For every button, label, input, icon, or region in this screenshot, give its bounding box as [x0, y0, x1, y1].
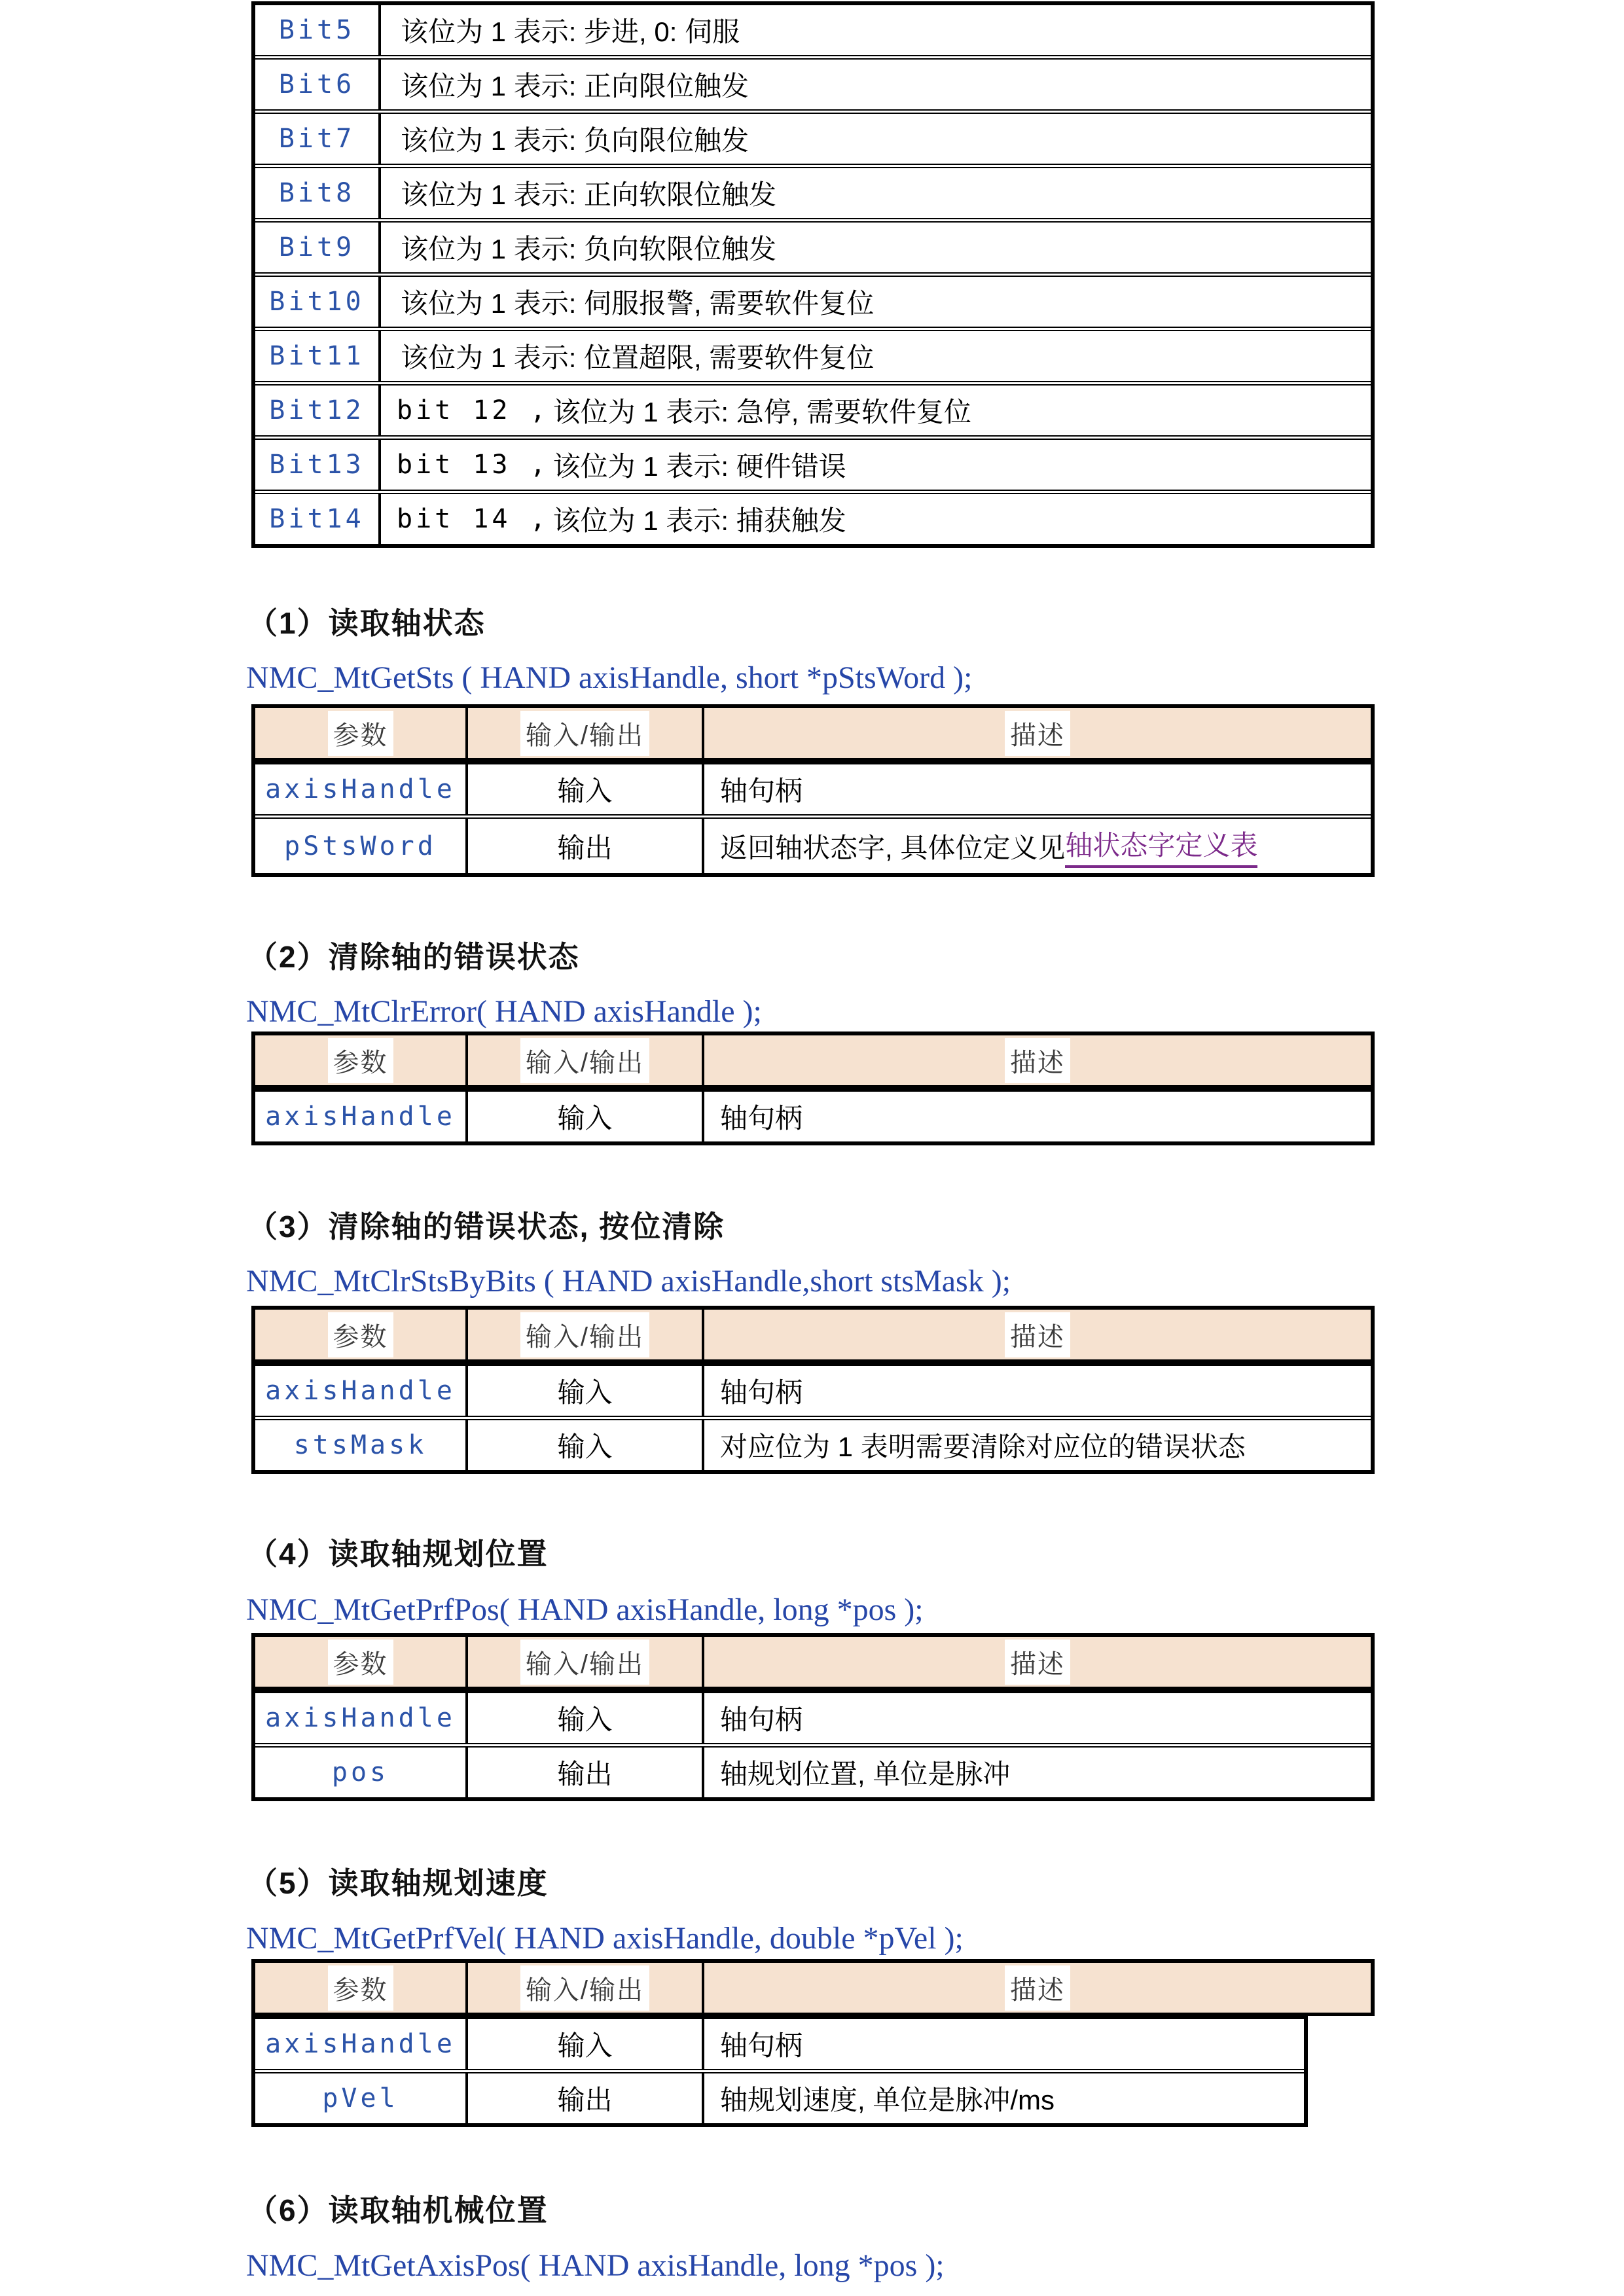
param-io: 输入 — [557, 1698, 612, 1738]
table-cell: 返回轴状态字, 具体位定义见轴状态字定义表 — [702, 819, 1371, 873]
param-io: 输入 — [557, 1371, 612, 1410]
param-name: axisHandle — [265, 1376, 456, 1406]
table-header-row: 参数 输入/输出 描述 — [251, 1031, 1375, 1088]
section-heading-5: （5）读取轴规划速度 — [247, 1859, 549, 1903]
table-cell: bit 14 ,该位为 1 表示: 捕获触发 — [378, 494, 1371, 544]
table-cell: 描述 — [702, 1963, 1371, 2013]
table-cell: bit 12 ,该位为 1 表示: 急停, 需要软件复位 — [378, 386, 1371, 435]
table-cell: 该位为 1 表示: 位置超限, 需要软件复位 — [378, 331, 1371, 381]
header-io: 输入/输出 — [520, 1038, 649, 1083]
bit-label: Bit14 — [269, 504, 364, 534]
table-cell: 输入/输出 — [465, 1310, 702, 1359]
bit-desc: 该位为 1 表示: 正向限位触发 — [401, 65, 749, 104]
table-cell: 该位为 1 表示: 正向软限位触发 — [378, 168, 1371, 218]
bit-label: Bit12 — [269, 395, 364, 425]
table-cell: Bit14 — [255, 494, 378, 544]
section-heading-4: （4）读取轴规划位置 — [247, 1530, 549, 1573]
table-cell: 描述 — [702, 1637, 1371, 1687]
bit-label: Bit8 — [279, 178, 355, 208]
table-header-row: 参数 输入/输出 描述 — [251, 1633, 1375, 1690]
table-cell: 对应位为 1 表明需要清除对应位的错误状态 — [702, 1420, 1371, 1470]
table-cell: Bit5 — [255, 5, 378, 55]
param-table-1: 参数 输入/输出 描述 axisHandle 输入 轴句柄 pStsWord 输… — [251, 704, 1375, 877]
param-desc: 轴规划位置, 单位是脉冲 — [720, 1753, 1010, 1792]
table-cell: 输入 — [465, 1366, 702, 1416]
table-row: Bit11 该位为 1 表示: 位置超限, 需要软件复位 — [255, 327, 1371, 381]
table-cell: Bit7 — [255, 114, 378, 164]
bit-label: Bit6 — [279, 69, 355, 99]
table-row: Bit12 bit 12 ,该位为 1 表示: 急停, 需要软件复位 — [255, 381, 1371, 435]
bit-desc: 该位为 1 表示: 捕获触发 — [553, 499, 846, 539]
param-desc: 轴句柄 — [720, 1698, 803, 1738]
table-cell: 轴句柄 — [702, 1366, 1371, 1416]
table-cell: 输入/输出 — [465, 708, 702, 758]
table-cell: 输出 — [465, 2073, 702, 2123]
header-desc: 描述 — [1005, 1965, 1070, 2011]
header-desc: 描述 — [1005, 711, 1070, 756]
param-desc: 对应位为 1 表明需要清除对应位的错误状态 — [720, 1426, 1246, 1465]
header-param: 参数 — [328, 1965, 393, 2011]
param-desc: 轴规划速度, 单位是脉冲/ms — [720, 2079, 1055, 2118]
bit-label: Bit11 — [269, 341, 364, 371]
table-cell: Bit6 — [255, 60, 378, 109]
bit-code-prefix: bit 12 , — [397, 395, 549, 425]
table-cell: 描述 — [702, 1310, 1371, 1359]
function-signature-3: NMC_MtClrStsByBits ( HAND axisHandle,sho… — [246, 1263, 1011, 1299]
function-signature-2: NMC_MtClrError( HAND axisHandle ); — [246, 994, 762, 1030]
table-cell: Bit12 — [255, 386, 378, 435]
table-row: pVel 输出 轴规划速度, 单位是脉冲/ms — [255, 2069, 1304, 2123]
document-page: Bit5 该位为 1 表示: 步进, 0: 伺服 Bit6 该位为 1 表示: … — [0, 0, 1624, 2296]
table-cell: 输入/输出 — [465, 1637, 702, 1687]
param-name: stsMask — [294, 1430, 427, 1460]
table-cell: Bit9 — [255, 223, 378, 272]
param-io: 输出 — [557, 2079, 612, 2118]
bit-code-prefix: bit 13 , — [397, 450, 549, 480]
table-cell: 输入 — [465, 764, 702, 814]
param-io: 输入 — [557, 1097, 612, 1136]
table-header-row: 参数 输入/输出 描述 — [251, 1959, 1375, 2016]
table-cell: 轴句柄 — [702, 1693, 1371, 1743]
param-name: axisHandle — [265, 1703, 456, 1733]
param-io: 输出 — [557, 1753, 612, 1792]
table-row: Bit13 bit 13 ,该位为 1 表示: 硬件错误 — [255, 435, 1371, 490]
bit-code-prefix: bit 14 , — [397, 504, 549, 534]
table-cell: 描述 — [702, 708, 1371, 758]
table-cell: 输出 — [465, 819, 702, 873]
table-cell: 该位为 1 表示: 负向限位触发 — [378, 114, 1371, 164]
table-row: Bit8 该位为 1 表示: 正向软限位触发 — [255, 164, 1371, 218]
table-row: axisHandle 输入 轴句柄 — [255, 1693, 1371, 1743]
param-table-2: 参数 输入/输出 描述 axisHandle 输入 轴句柄 — [251, 1031, 1375, 1145]
header-param: 参数 — [328, 1640, 393, 1685]
table-row: stsMask 输入 对应位为 1 表明需要清除对应位的错误状态 — [255, 1416, 1371, 1470]
header-io: 输入/输出 — [520, 1640, 649, 1685]
header-param: 参数 — [328, 1038, 393, 1083]
table-cell: 该位为 1 表示: 负向软限位触发 — [378, 223, 1371, 272]
param-desc: 轴句柄 — [720, 1371, 803, 1410]
table-row: pStsWord 输出 返回轴状态字, 具体位定义见轴状态字定义表 — [255, 814, 1371, 873]
param-table-3: 参数 输入/输出 描述 axisHandle 输入 轴句柄 stsMask 输入… — [251, 1306, 1375, 1474]
table-cell: axisHandle — [255, 1366, 465, 1416]
param-io: 输入 — [557, 770, 612, 809]
param-desc: 轴句柄 — [720, 1097, 803, 1136]
header-desc: 描述 — [1005, 1038, 1070, 1083]
table-cell: 参数 — [255, 708, 465, 758]
header-io: 输入/输出 — [520, 711, 649, 756]
param-io: 输入 — [557, 1426, 612, 1465]
table-cell: 输出 — [465, 1748, 702, 1797]
table-cell: 输入 — [465, 1693, 702, 1743]
table-cell: 轴句柄 — [702, 2019, 1304, 2069]
table-cell: Bit13 — [255, 440, 378, 490]
axis-status-word-link[interactable]: 轴状态字定义表 — [1065, 824, 1257, 868]
section-heading-1: （1）读取轴状态 — [247, 600, 486, 643]
table-cell: 轴规划速度, 单位是脉冲/ms — [702, 2073, 1304, 2123]
table-cell: 该位为 1 表示: 伺服报警, 需要软件复位 — [378, 277, 1371, 327]
table-header-row: 参数 输入/输出 描述 — [251, 1306, 1375, 1363]
header-desc: 描述 — [1005, 1640, 1070, 1685]
bit-desc: 该位为 1 表示: 位置超限, 需要软件复位 — [401, 336, 874, 376]
param-name: axisHandle — [265, 2029, 456, 2059]
table-row: Bit5 该位为 1 表示: 步进, 0: 伺服 — [255, 5, 1371, 55]
param-table-4: 参数 输入/输出 描述 axisHandle 输入 轴句柄 pos 输出 轴规划… — [251, 1633, 1375, 1801]
header-desc: 描述 — [1005, 1312, 1070, 1357]
param-table-5: 参数 输入/输出 描述 axisHandle 输入 轴句柄 pVel 输出 轴规… — [251, 1959, 1375, 2127]
table-row: axisHandle 输入 轴句柄 — [255, 1092, 1371, 1141]
table-cell: 轴句柄 — [702, 764, 1371, 814]
bit-desc: 该位为 1 表示: 负向软限位触发 — [401, 228, 776, 267]
param-io: 输出 — [557, 827, 612, 866]
bit-desc: 该位为 1 表示: 步进, 0: 伺服 — [401, 10, 740, 50]
function-signature-1: NMC_MtGetSts ( HAND axisHandle, short *p… — [246, 660, 972, 696]
table-cell: 输入/输出 — [465, 1963, 702, 2013]
header-io: 输入/输出 — [520, 1965, 649, 2011]
bit-desc: 该位为 1 表示: 正向软限位触发 — [401, 173, 776, 213]
table-cell: 该位为 1 表示: 步进, 0: 伺服 — [378, 5, 1371, 55]
section-heading-2: （2）清除轴的错误状态 — [247, 933, 580, 977]
param-name: axisHandle — [265, 1102, 456, 1132]
table-cell: Bit8 — [255, 168, 378, 218]
param-desc: 轴句柄 — [720, 2024, 803, 2064]
table-row: axisHandle 输入 轴句柄 — [255, 1366, 1371, 1416]
table-cell: pos — [255, 1748, 465, 1797]
bit-desc: 该位为 1 表示: 急停, 需要软件复位 — [553, 391, 971, 430]
table-cell: 参数 — [255, 1963, 465, 2013]
table-cell: 描述 — [702, 1035, 1371, 1085]
table-cell: axisHandle — [255, 1693, 465, 1743]
table-cell: Bit11 — [255, 331, 378, 381]
table-cell: 输入 — [465, 1420, 702, 1470]
table-cell: axisHandle — [255, 2019, 465, 2069]
table-row: Bit10 该位为 1 表示: 伺服报警, 需要软件复位 — [255, 272, 1371, 327]
table-cell: stsMask — [255, 1420, 465, 1470]
param-name: axisHandle — [265, 774, 456, 804]
table-row: Bit6 该位为 1 表示: 正向限位触发 — [255, 55, 1371, 109]
table-row: Bit14 bit 14 ,该位为 1 表示: 捕获触发 — [255, 490, 1371, 544]
param-name: pVel — [322, 2083, 398, 2113]
param-desc: 轴句柄 — [720, 770, 803, 809]
table-cell: 参数 — [255, 1310, 465, 1359]
header-param: 参数 — [328, 1312, 393, 1357]
function-signature-4: NMC_MtGetPrfPos( HAND axisHandle, long *… — [246, 1592, 924, 1628]
bit-desc: 该位为 1 表示: 负向限位触发 — [401, 119, 749, 158]
bit-status-table: Bit5 该位为 1 表示: 步进, 0: 伺服 Bit6 该位为 1 表示: … — [251, 1, 1375, 548]
table-cell: 输入/输出 — [465, 1035, 702, 1085]
bit-desc: 该位为 1 表示: 伺服报警, 需要软件复位 — [401, 282, 874, 321]
bit-label: Bit10 — [269, 287, 364, 317]
function-signature-6: NMC_MtGetAxisPos( HAND axisHandle, long … — [246, 2248, 945, 2284]
table-row: axisHandle 输入 轴句柄 — [255, 764, 1371, 814]
table-cell: 输入 — [465, 2019, 702, 2069]
table-cell: pStsWord — [255, 819, 465, 873]
param-name: pos — [332, 1757, 389, 1787]
bit-label: Bit7 — [279, 124, 355, 154]
bit-label: Bit5 — [279, 15, 355, 45]
bit-label: Bit9 — [279, 232, 355, 262]
table-cell: 输入 — [465, 1092, 702, 1141]
table-cell: Bit10 — [255, 277, 378, 327]
table-cell: bit 13 ,该位为 1 表示: 硬件错误 — [378, 440, 1371, 490]
table-cell: 轴句柄 — [702, 1092, 1371, 1141]
param-name: pStsWord — [284, 831, 437, 861]
bit-label: Bit13 — [269, 450, 364, 480]
table-row: Bit9 该位为 1 表示: 负向软限位触发 — [255, 218, 1371, 272]
header-io: 输入/输出 — [520, 1312, 649, 1357]
table-cell: axisHandle — [255, 764, 465, 814]
header-param: 参数 — [328, 711, 393, 756]
table-cell: 该位为 1 表示: 正向限位触发 — [378, 60, 1371, 109]
section-heading-6: （6）读取轴机械位置 — [247, 2187, 549, 2230]
table-cell: axisHandle — [255, 1092, 465, 1141]
table-row: Bit7 该位为 1 表示: 负向限位触发 — [255, 109, 1371, 164]
table-cell: 参数 — [255, 1035, 465, 1085]
function-signature-5: NMC_MtGetPrfVel( HAND axisHandle, double… — [246, 1920, 964, 1956]
table-header-row: 参数 输入/输出 描述 — [251, 704, 1375, 761]
section-heading-3: （3）清除轴的错误状态, 按位清除 — [247, 1203, 725, 1246]
param-io: 输入 — [557, 2024, 612, 2064]
table-row: pos 输出 轴规划位置, 单位是脉冲 — [255, 1743, 1371, 1797]
table-cell: 轴规划位置, 单位是脉冲 — [702, 1748, 1371, 1797]
table-cell: pVel — [255, 2073, 465, 2123]
param-desc: 返回轴状态字, 具体位定义见 — [720, 827, 1065, 866]
bit-desc: 该位为 1 表示: 硬件错误 — [553, 445, 846, 484]
table-cell: 参数 — [255, 1637, 465, 1687]
table-row: axisHandle 输入 轴句柄 — [255, 2019, 1304, 2069]
